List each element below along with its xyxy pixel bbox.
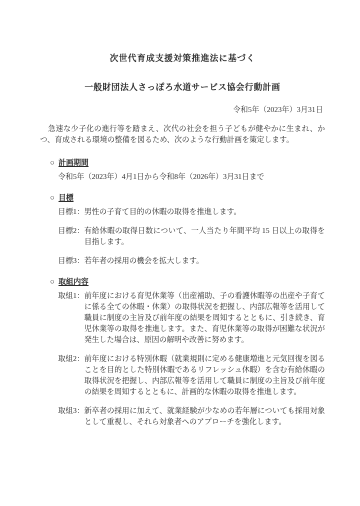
item-text: 前年度における特別休暇（就業規則に定める健康増進と元気回復を図ることを目的とした…: [84, 353, 325, 397]
list-item: 目標3： 若年者の採用の機会を拡大します。: [58, 255, 325, 266]
circle-marker-icon: ○: [50, 276, 55, 287]
section-plan-period: ○計画期間 令和5年（2023年）4月1日から令和8年（2026年）3月31日ま…: [50, 157, 325, 182]
item-label: 取組1：: [58, 290, 84, 345]
item-label: 目標3：: [58, 255, 84, 266]
item-text: 新卒者の採用に加えて、就業経験が少なめの若年層についても採用対象として重視し、そ…: [84, 405, 325, 427]
item-text: 男性の子育て目的の休暇の取得を推進します。: [84, 206, 325, 217]
circle-marker-icon: ○: [50, 192, 55, 203]
item-label: 目標2：: [58, 225, 84, 247]
section-heading-row: ○取組内容: [50, 276, 325, 287]
item-text: 有給休暇の取得日数について、一人当たり年間平均 15 日以上の取得を目指します。: [84, 225, 325, 247]
intro-paragraph: 急速な少子化の進行等を踏まえ、次代の社会を担う子どもが健やかに生まれ、かつ、育成…: [40, 123, 325, 145]
list-item: 令和5年（2023年）4月1日から令和8年（2026年）3月31日まで: [58, 171, 325, 182]
list-item: 取組2： 前年度における特別休暇（就業規則に定める健康増進と元気回復を図ることを…: [58, 353, 325, 397]
doc-title-line2: 一般財団法人さっぽろ水道サービス協会行動計画: [40, 81, 325, 93]
item-label: 取組2：: [58, 353, 84, 397]
item-label: 取組3：: [58, 405, 84, 427]
section-items: 令和5年（2023年）4月1日から令和8年（2026年）3月31日まで: [58, 171, 325, 182]
item-text: 前年度における育児休業等（出産補助、子の看護休暇等の出産や子育てに係る全ての休暇…: [84, 290, 325, 345]
item-text: 若年者の採用の機会を拡大します。: [84, 255, 325, 266]
list-item: 取組3： 新卒者の採用に加えて、就業経験が少なめの若年層についても採用対象として…: [58, 405, 325, 427]
section-heading-row: ○計画期間: [50, 157, 325, 168]
document-page: 次世代育成支援対策推進法に基づく 一般財団法人さっぽろ水道サービス協会行動計画 …: [0, 0, 360, 506]
section-items: 取組1： 前年度における育児休業等（出産補助、子の看護休暇等の出産や子育てに係る…: [58, 290, 325, 427]
section-heading-row: ○目標: [50, 192, 325, 203]
section-goals: ○目標 目標1： 男性の子育て目的の休暇の取得を推進します。 目標2： 有給休暇…: [50, 192, 325, 266]
doc-title-line1: 次世代育成支援対策推進法に基づく: [40, 52, 325, 64]
list-item: 目標2： 有給休暇の取得日数について、一人当たり年間平均 15 日以上の取得を目…: [58, 225, 325, 247]
section-initiatives: ○取組内容 取組1： 前年度における育児休業等（出産補助、子の看護休暇等の出産や…: [50, 276, 325, 427]
doc-date: 令和5年（2023年）3月31日: [40, 104, 323, 115]
item-label: 目標1：: [58, 206, 84, 217]
section-items: 目標1： 男性の子育て目的の休暇の取得を推進します。 目標2： 有給休暇の取得日…: [58, 206, 325, 266]
section-heading: 計画期間: [59, 158, 89, 167]
list-item: 目標1： 男性の子育て目的の休暇の取得を推進します。: [58, 206, 325, 217]
section-heading: 取組内容: [59, 277, 89, 286]
list-item: 取組1： 前年度における育児休業等（出産補助、子の看護休暇等の出産や子育てに係る…: [58, 290, 325, 345]
circle-marker-icon: ○: [50, 157, 55, 168]
item-text: 令和5年（2023年）4月1日から令和8年（2026年）3月31日まで: [58, 171, 325, 182]
section-heading: 目標: [59, 193, 74, 202]
